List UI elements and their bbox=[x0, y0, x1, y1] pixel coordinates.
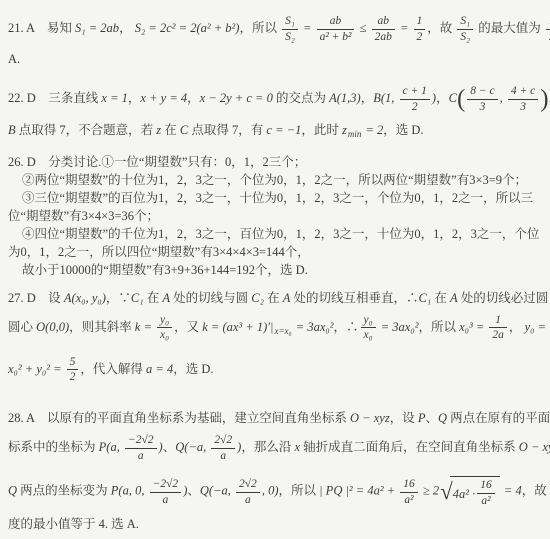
text-run: 两点在原有的平面直角坐 bbox=[447, 411, 550, 425]
text-run: 的最大值为 bbox=[475, 21, 544, 35]
fraction-numerator: ab bbox=[317, 15, 355, 30]
fraction-denominator: a bbox=[236, 493, 260, 507]
text-run: 在 bbox=[161, 123, 180, 137]
fraction-denominator: 2 bbox=[414, 30, 426, 44]
text-line: ③三位“期望数”的百位为1，2，3之一，十位为0，1，2，3之一，个位为0，1，… bbox=[8, 189, 542, 207]
text-line: 度的最小值等于 4. 选 A. bbox=[8, 515, 542, 533]
radical-body: 4a² · 16a² bbox=[450, 476, 500, 507]
text-run: 、 bbox=[163, 440, 176, 454]
text-run: 标系中的坐标为 bbox=[8, 440, 99, 454]
fraction-denominator: 3 bbox=[508, 100, 538, 114]
paragraph-26: 26. D 分类讨论.①一位“期望数”只有：0，1，2三个；②两位“期望数”的十… bbox=[8, 153, 542, 279]
fraction-numerator: 8 − c bbox=[467, 85, 497, 100]
fraction: y₀x₀ bbox=[157, 314, 172, 342]
fraction-numerator: S₁ bbox=[457, 15, 473, 30]
fraction-denominator: S₂ bbox=[282, 30, 298, 44]
text-line: 21. A 易知 S₁ = 2ab， S₂ = 2c² = 2(a² + b²)… bbox=[8, 8, 542, 50]
math-run: S₁ = 2ab bbox=[75, 21, 119, 35]
text-run: ，选 D. bbox=[173, 362, 213, 376]
text-line: 22. D 三条直线 x = 1，x + y = 4，x − 2y + c = … bbox=[8, 78, 542, 120]
paragraph-21: 21. A 易知 S₁ = 2ab， S₂ = 2c² = 2(a² + b²)… bbox=[8, 8, 542, 68]
text-run: 故小于10000的“期望数”有3+9+36+144=192个，选 D. bbox=[22, 263, 308, 277]
text-run: ，所以 bbox=[278, 484, 319, 498]
fraction-numerator: y₀ bbox=[157, 314, 172, 329]
document-body: 21. A 易知 S₁ = 2ab， S₂ = 2c² = 2(a² + b²)… bbox=[8, 8, 542, 533]
fraction-denominator: a bbox=[211, 449, 235, 463]
text-run: ，所以 bbox=[418, 320, 459, 334]
text-run: ，∵ bbox=[106, 291, 131, 305]
math-run: = 2 bbox=[362, 123, 383, 137]
fraction-denominator: 2 bbox=[546, 30, 550, 44]
math-run: = 4 bbox=[501, 484, 522, 498]
text-run: 处的切线与圆 bbox=[170, 291, 251, 305]
text-run: 的交点为 bbox=[273, 91, 329, 105]
text-run: ，代入解得 bbox=[80, 362, 146, 376]
math-run: Q(−a, bbox=[175, 440, 209, 454]
math-run: x − 2y + c = 0 bbox=[200, 91, 273, 105]
fraction: 2√2a bbox=[211, 434, 235, 462]
math-run: ≥ 2 bbox=[420, 484, 439, 498]
text-run: ， bbox=[436, 91, 449, 105]
math-run: C bbox=[449, 91, 457, 105]
text-run: ，故 bbox=[427, 21, 455, 35]
text-run: ，设 bbox=[390, 411, 418, 425]
math-run: Q bbox=[438, 411, 447, 425]
text-run: 为0，1，2之一，所以四位“期望数”有3×4×4×3=144个， bbox=[8, 245, 310, 259]
math-run: C₁ bbox=[419, 291, 432, 305]
text-run: 在 bbox=[431, 291, 450, 305]
fraction: −2√2a bbox=[125, 434, 157, 462]
text-run: ，此时 bbox=[301, 123, 342, 137]
text-run: ，所以 bbox=[239, 21, 280, 35]
fraction-denominator: 2a bbox=[489, 328, 507, 342]
text-run: 在 bbox=[264, 291, 283, 305]
text-line: x₀² + y₀² = 52，代入解得 a = 4，选 D. bbox=[8, 349, 542, 391]
math-run: Q(−a, bbox=[200, 484, 234, 498]
fraction-denominator: S₂ bbox=[457, 30, 473, 44]
fraction: 52 bbox=[67, 356, 79, 384]
math-run: Q bbox=[8, 484, 17, 498]
fraction: 16a² bbox=[400, 478, 418, 506]
fraction-denominator: 2 bbox=[400, 100, 430, 114]
text-line: 26. D 分类讨论.①一位“期望数”只有：0，1，2三个； bbox=[8, 153, 542, 171]
fraction-denominator: 3 bbox=[467, 100, 497, 114]
fraction: 4 + c3 bbox=[508, 85, 538, 113]
math-run: k = (ax³ + 1)′| bbox=[202, 320, 273, 334]
math-run: , bbox=[500, 91, 506, 105]
text-run: ， bbox=[361, 91, 374, 105]
text-line: 27. D 设 A(x₀, y₀)，∵C₁ 在 A 处的切线与圆 C₂ 在 A … bbox=[8, 289, 542, 307]
fraction-numerator: 1 bbox=[546, 15, 550, 30]
subscript: x=x₀ bbox=[274, 326, 291, 336]
text-run: ， bbox=[187, 91, 200, 105]
fraction: 12 bbox=[414, 15, 426, 43]
paragraph-27: 27. D 设 A(x₀, y₀)，∵C₁ 在 A 处的切线与圆 C₂ 在 A … bbox=[8, 289, 542, 392]
text-run: 22. D 三条直线 bbox=[8, 91, 101, 105]
fraction: S₁S₂ bbox=[282, 15, 298, 43]
text-line: ④四位“期望数”的千位为1，2，3之一，百位为0，1，2，3之一，十位为0，1，… bbox=[8, 225, 542, 243]
fraction-denominator: x₀ bbox=[157, 328, 172, 342]
text-run: 、 bbox=[426, 411, 439, 425]
math-run: c = −1 bbox=[266, 123, 301, 137]
math-run: B bbox=[8, 123, 16, 137]
fraction: 8 − c3 bbox=[467, 85, 497, 113]
fraction-denominator: x₀ bbox=[361, 328, 376, 342]
fraction-denominator: 2 bbox=[67, 370, 79, 384]
fraction-numerator: 2√2 bbox=[211, 434, 235, 449]
text-run: 处的切线互相垂直，∴ bbox=[290, 291, 418, 305]
math-run: A bbox=[162, 291, 170, 305]
text-run: 度的最小值等于 4. 选 A. bbox=[8, 517, 139, 531]
text-run: ，则其斜率 bbox=[69, 320, 135, 334]
math-run: O − xyz bbox=[519, 440, 550, 454]
fraction: y₀x₀ bbox=[361, 314, 376, 342]
fraction-numerator: 16 bbox=[400, 478, 418, 493]
math-run: x₀³ = bbox=[459, 320, 487, 334]
paragraph-28: 28. A 以原有的平面直角坐标系为基础，建立空间直角坐标系 O − xyz，设… bbox=[8, 409, 542, 533]
math-run: O − xyz bbox=[350, 411, 390, 425]
fraction-numerator: 1 bbox=[414, 15, 426, 30]
fraction-numerator: 5 bbox=[67, 356, 79, 371]
fraction: 2√2a bbox=[236, 478, 260, 506]
text-line: Q 两点的坐标变为 P(a, 0, −2√2a)、Q(−a, 2√2a, 0)，… bbox=[8, 469, 542, 514]
big-paren: ( bbox=[457, 86, 465, 113]
text-line: B 点取得 7，不合题意，若 z 在 C 点取得 7，有 c = −1，此时 z… bbox=[8, 121, 542, 143]
text-run: 点取得 7，有 bbox=[188, 123, 266, 137]
text-run: ，故 bbox=[522, 484, 550, 498]
math-run: , 0) bbox=[262, 484, 279, 498]
fraction-numerator: −2√2 bbox=[125, 434, 157, 449]
fraction-numerator: 2√2 bbox=[236, 478, 260, 493]
text-line: ②两位“期望数”的十位为1，2，3之一，个位为0，1，2之一，所以两位“期望数”… bbox=[8, 171, 542, 189]
text-line: 故小于10000的“期望数”有3+9+36+144=192个，选 D. bbox=[8, 261, 542, 279]
math-run: O(0,0) bbox=[36, 320, 69, 334]
fraction: aba² + b² bbox=[317, 15, 355, 43]
fraction-denominator: a² bbox=[477, 494, 495, 508]
text-run: 位“期望数”有3×4×3=36个； bbox=[8, 209, 159, 223]
text-line: A. bbox=[8, 50, 542, 68]
math-run: C bbox=[180, 123, 188, 137]
fraction-denominator: a bbox=[125, 449, 157, 463]
text-run: 、 bbox=[187, 484, 200, 498]
fraction: 16a² bbox=[477, 479, 495, 507]
text-line: 标系中的坐标为 P(a, −2√2a)、Q(−a, 2√2a)，那么沿 x 轴折… bbox=[8, 427, 542, 469]
radical-sign-icon: √ bbox=[440, 480, 453, 503]
math-run: A(x₀, y₀) bbox=[64, 291, 106, 305]
text-run: ，那么沿 bbox=[241, 440, 294, 454]
math-run: A bbox=[450, 291, 458, 305]
fraction-denominator: a bbox=[150, 493, 182, 507]
paragraph-22: 22. D 三条直线 x = 1，x + y = 4，x − 2y + c = … bbox=[8, 78, 542, 142]
text-run: 28. A 以原有的平面直角坐标系为基础，建立空间直角坐标系 bbox=[8, 411, 350, 425]
math-run: | PQ |² = 4a² + bbox=[319, 484, 398, 498]
text-run: 处的切线必过圆 bbox=[458, 291, 550, 305]
text-run: 圆心 bbox=[8, 320, 36, 334]
math-run: x = 1 bbox=[101, 91, 127, 105]
math-run: = 3ax₀² bbox=[293, 320, 334, 334]
text-run: 26. D 分类讨论.①一位“期望数”只有：0，1，2三个； bbox=[8, 155, 306, 169]
fraction-numerator: c + 1 bbox=[400, 85, 430, 100]
subscript: min bbox=[348, 129, 362, 139]
text-run: ③三位“期望数”的百位为1，2，3之一，十位为0，1，2，3之一，个位为0，1，… bbox=[22, 191, 533, 205]
text-line: 28. A 以原有的平面直角坐标系为基础，建立空间直角坐标系 O − xyz，设… bbox=[8, 409, 542, 427]
fraction: ab2ab bbox=[372, 15, 395, 43]
text-run: ， bbox=[509, 320, 525, 334]
text-run: 两点的坐标变为 bbox=[17, 484, 111, 498]
document-page: 21. A 易知 S₁ = 2ab， S₂ = 2c² = 2(a² + b²)… bbox=[0, 0, 550, 539]
fraction-numerator: S₁ bbox=[282, 15, 298, 30]
math-run: P bbox=[418, 411, 426, 425]
fraction-numerator: ab bbox=[372, 15, 395, 30]
text-run: ④四位“期望数”的千位为1，2，3之一，百位为0，1，2，3之一，十位为0，1，… bbox=[22, 227, 539, 241]
math-run: x + y = 4 bbox=[140, 91, 187, 105]
math-run: C₂ bbox=[251, 291, 264, 305]
square-root: √4a² · 16a² bbox=[440, 476, 500, 507]
text-line: 圆心 O(0,0)，则其斜率 k = y₀x₀，又 k = (ax³ + 1)′… bbox=[8, 307, 542, 349]
text-run: ②两位“期望数”的十位为1，2，3之一，个位为0，1，2之一，所以两位“期望数”… bbox=[22, 173, 527, 187]
text-run: ，选 D. bbox=[383, 123, 423, 137]
fraction: −2√2a bbox=[150, 478, 182, 506]
text-run: ，∴ bbox=[334, 320, 359, 334]
math-run: A(1,3) bbox=[329, 91, 361, 105]
math-run: = bbox=[300, 21, 315, 35]
math-run: y₀ = bbox=[525, 320, 550, 334]
math-run: = bbox=[397, 21, 412, 35]
math-run: P(a, 0, bbox=[111, 484, 148, 498]
text-run: 轴折成直二面角后，在空间直角坐标系 bbox=[300, 440, 519, 454]
text-run: ， bbox=[119, 21, 135, 35]
text-run: 点取得 7，不合题意，若 bbox=[16, 123, 157, 137]
math-run: k = bbox=[135, 320, 155, 334]
math-run: C₁ bbox=[131, 291, 144, 305]
fraction-numerator: y₀ bbox=[361, 314, 376, 329]
math-run: = 3ax₀² bbox=[378, 320, 419, 334]
math-run: 4a² · bbox=[453, 484, 476, 504]
fraction-denominator: 2ab bbox=[372, 30, 395, 44]
text-run: ， bbox=[128, 91, 141, 105]
math-run: z bbox=[342, 123, 347, 137]
math-run: B(1, bbox=[373, 91, 397, 105]
math-run: ≤ bbox=[356, 21, 369, 35]
math-run: P(a, bbox=[99, 440, 123, 454]
text-line: 位“期望数”有3×4×3=36个； bbox=[8, 207, 542, 225]
math-run: S₂ = 2c² = 2(a² + b²) bbox=[135, 21, 240, 35]
text-run: 21. A 易知 bbox=[8, 21, 75, 35]
fraction-denominator: a² bbox=[400, 493, 418, 507]
math-run: a = 4 bbox=[146, 362, 173, 376]
fraction: S₁S₂ bbox=[457, 15, 473, 43]
fraction-numerator: 1 bbox=[489, 314, 507, 329]
fraction: c + 12 bbox=[400, 85, 430, 113]
big-paren: ) bbox=[540, 86, 548, 113]
fraction: 12a bbox=[489, 314, 507, 342]
fraction-numerator: 4 + c bbox=[508, 85, 538, 100]
fraction-numerator: 16 bbox=[477, 479, 495, 494]
text-line: 为0，1，2之一，所以四位“期望数”有3×4×4×3=144个， bbox=[8, 243, 542, 261]
math-run: x₀² + y₀² = bbox=[8, 362, 65, 376]
fraction: 12 bbox=[546, 15, 550, 43]
text-run: 在 bbox=[144, 291, 163, 305]
fraction-denominator: a² + b² bbox=[317, 30, 355, 44]
text-run: A. bbox=[8, 52, 20, 66]
fraction-numerator: −2√2 bbox=[150, 478, 182, 493]
text-run: ，又 bbox=[174, 320, 202, 334]
text-run: 27. D 设 bbox=[8, 291, 64, 305]
